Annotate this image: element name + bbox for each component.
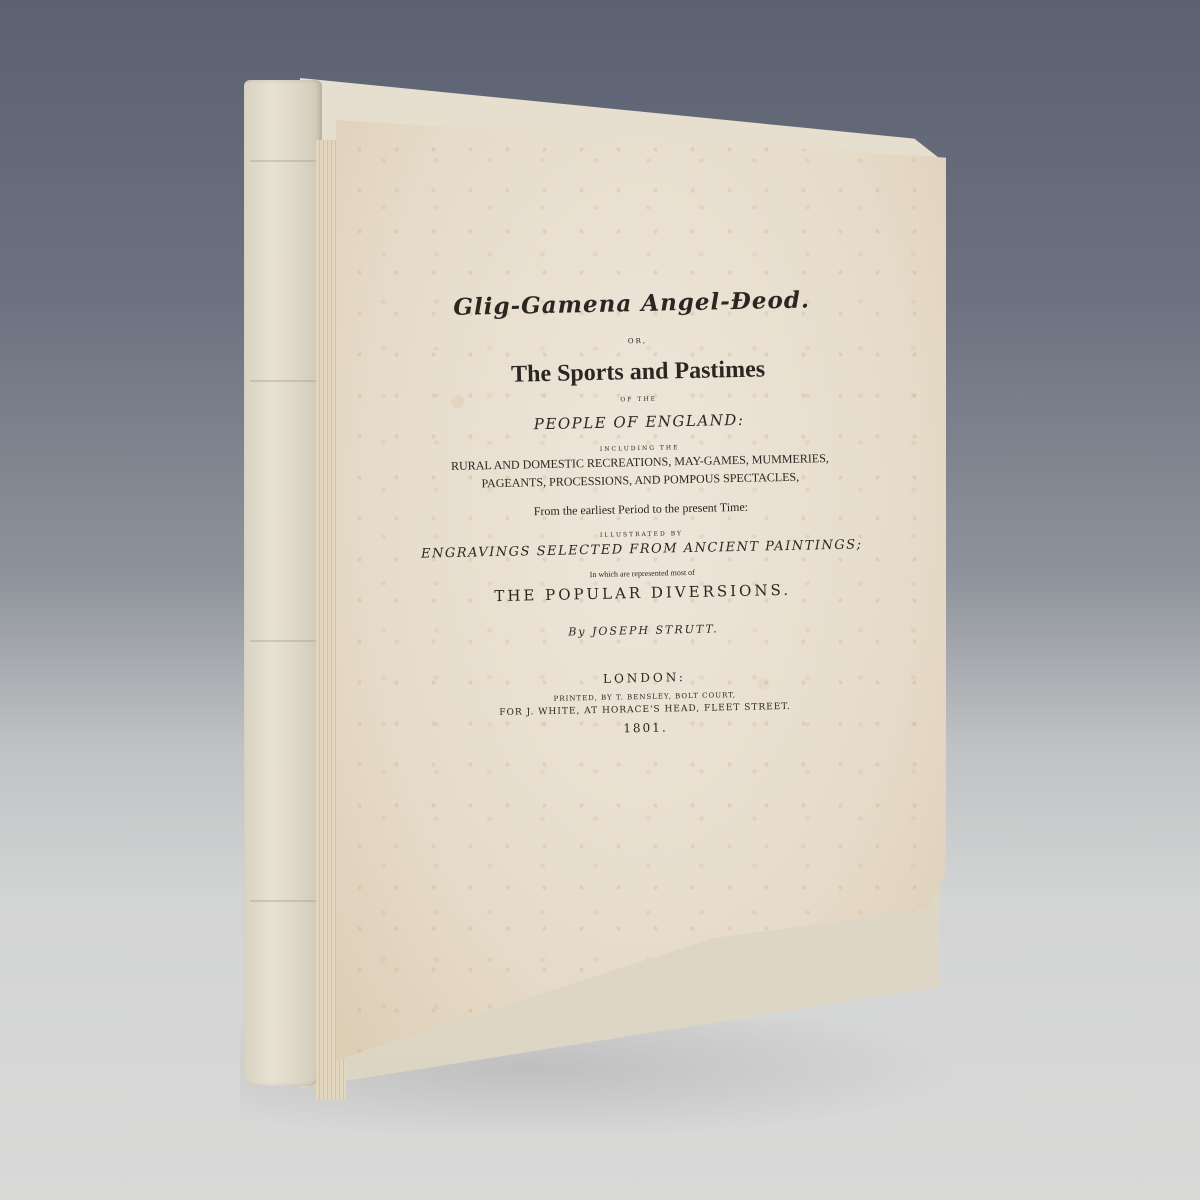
- spine-band: [250, 380, 316, 382]
- title-page-text: Glig-Gamena Angel-Ðeod. OR, The Sports a…: [331, 284, 950, 742]
- spine-band: [250, 640, 316, 642]
- photo-scene: Glig-Gamena Angel-Ðeod. OR, The Sports a…: [0, 0, 1200, 1200]
- period-line: From the earliest Period to the present …: [336, 496, 946, 524]
- vellum-volume-spine: [244, 80, 322, 1086]
- author-line: By JOSEPH STRUTT.: [338, 618, 948, 644]
- spine-band: [250, 160, 316, 162]
- imprint-place: LONDON:: [339, 665, 949, 692]
- main-title: The Sports and Pastimes: [333, 353, 943, 393]
- or-line: OR,: [332, 331, 942, 352]
- people-of-england: PEOPLE OF ENGLAND:: [334, 407, 944, 438]
- of-the-line: OF THE: [334, 390, 944, 410]
- title-page: Glig-Gamena Angel-Ðeod. OR, The Sports a…: [336, 120, 946, 1060]
- spine-band: [250, 900, 316, 902]
